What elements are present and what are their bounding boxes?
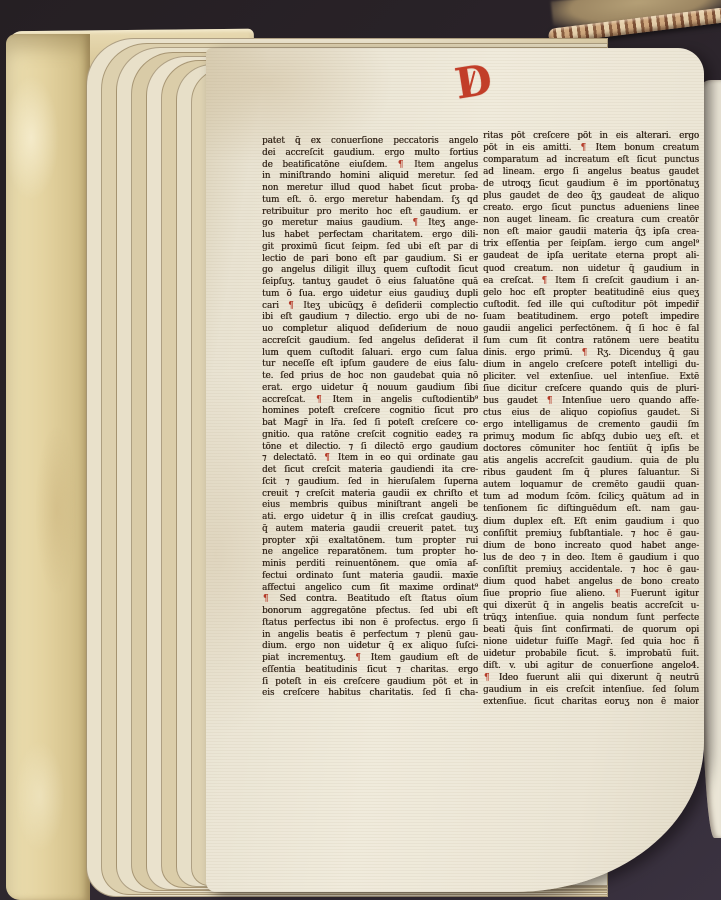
text-line: trūqʒ intenſiue. quia nondum ſunt perfec… [483,612,699,624]
pilcrow-mark: ¶ [323,453,331,463]
text-line: cari ¶ Iteʒ ubicūqʒ ē deſiderii complect… [262,301,478,313]
text-line: atis angelis accreſcit gaudium. quia de … [483,455,699,467]
text-line: ¶ Ideo fuerunt alii qui dixerunt q̄ neut… [483,672,699,684]
text-line: patet q̄ ex conuerſione peccatoris angel… [262,136,478,148]
pilcrow-mark: ¶ [262,594,270,604]
text-line: bonorum aggregatōne pfectus. ſed ubi eſt [262,606,478,618]
text-line: in angelis beatis ē perfectum ⁊ plenū ga… [262,630,478,642]
text-line: lum quem cuſtodit ſaluari. ergo cum ſalu… [262,348,478,360]
text-line: gelo hoc eſt propter beatitudinē eius qu… [483,287,699,299]
pilcrow-mark: ¶ [580,143,588,153]
pilcrow-mark: ¶ [397,160,405,170]
text-line: tur neceſſe eſt ipſum gaudere de eius ſa… [262,359,478,371]
text-line: q̄ autem materia gaudii creuerit patet. … [262,524,478,536]
text-line: ſcit ⁊ gaudium. ſed in hieruſalem ſupern… [262,477,478,489]
text-line: ritas pōt creſcere pōt in eis alterari. … [483,130,699,142]
text-line: ctus eius de aliquo copioſius gaudet. Si [483,407,699,419]
pilcrow-mark: ¶ [546,396,554,406]
text-line: in miniſtrando homini aliquid meretur. ſ… [262,171,478,183]
pilcrow-mark: ¶ [411,218,419,228]
text-line: gaudii angelici perfectōnem. q̄ ſi hoc ē… [483,323,699,335]
text-line: lus de deo ⁊ in deo. Item ē gaudium i qu… [483,552,699,564]
text-line: eius membris quibus miniſtrant angeli be [262,500,478,512]
text-line: plus gaudet de deo q̄ʒ gaudeat de aliquo [483,190,699,202]
text-line: affectui angelico cum ſit maxime ordinat… [262,583,478,595]
text-line: dium duplex eſt. Eſt enim gaudium i quo [483,516,699,528]
photo-background: D patet q̄ ex conuerſione peccatoris ang… [0,0,721,900]
text-line: homines poteſt creſcere cognitio ſicut p… [262,406,478,418]
text-line: ſi poteſt in eis creſcere gaudium pōt et… [262,677,478,689]
text-line: eis creſcere habitus charitatis. ſed ſi … [262,688,478,700]
text-line: piat incrementuʒ. ¶ Item gaudium eſt de [262,653,478,665]
text-line: pōt in eis amitti. ¶ Item bonum creatum [483,142,699,154]
text-line: de utroqʒ ſicut gaudium ē im pportōnatuʒ [483,178,699,190]
text-line: qui dixerūt q̄ in angelis beatis accreſc… [483,600,699,612]
text-line: ſeipſuʒ. tantuʒ gaudet ō eius ſaluatōne … [262,277,478,289]
text-line: tum eſt. ō. ergo meretur habendam. ſʒ qd [262,195,478,207]
text-line: ¶ Sed contra. Beatitudo eſt ſtatus oīum [262,594,478,606]
text-line: retribuitur pro merito hoc eſt gaudium. … [262,207,478,219]
text-line: tenſionem ſic diſtinguēdum eſt. nam gau- [483,503,699,515]
text-line: ribus gaudent ſm q̄ plures ſaluantur. Si [483,467,699,479]
text-line: lectio de pari bono eſt par gaudium. Si … [262,254,478,266]
text-line: go angelus diligit illuʒ quem cuſtodit ſ… [262,265,478,277]
text-line: tōne et dilectio. ⁊ ſi dilectō ergo gaud… [262,442,478,454]
text-line: go meretur maius gaudium. ¶ Iteʒ ange- [262,218,478,230]
text-line: ibi eſt gaudium ⁊ dilectio. ergo ubi de … [262,312,478,324]
text-line: de beatificatōne eiuſdem. ¶ Item angelus [262,160,478,172]
text-line: minis perditi reinuentōnem. que omīa af- [262,559,478,571]
text-line: ſiue dicitur creſcere quando quis de plu… [483,383,699,395]
text-line: ergo intelligamus de cremento gaudii ſm [483,419,699,431]
text-line: fectui ordinato ſunt materia gaudii. max… [262,571,478,583]
text-line: eſſentia beatitudinis ſicut ⁊ charitas. … [262,665,478,677]
text-line: primuʒ modum ſic abſqʒ dubio ueʒ eſt. et [483,431,699,443]
text-line: cuſtodit. ſed ille qui cuſtoditur pōt im… [483,299,699,311]
text-line: non eſt maior gaudii materia q̄ʒ ipſa cr… [483,226,699,238]
text-line: creato. ergo ſicut punctus adueniens lin… [483,202,699,214]
manuscript-page: D patet q̄ ex conuerſione peccatoris ang… [206,48,704,892]
text-line: pliciter. vel extenſiue. uel intenſiue. … [483,371,699,383]
text-line: creuit ⁊ creſcit materia gaudii ex chriſ… [262,489,478,501]
pilcrow-mark: ¶ [581,348,589,358]
text-line: tum ad modum ſcōm. ſcilicʒ quātum ad in [483,491,699,503]
text-line: ne angelice reparatōnem. tum propter ho- [262,547,478,559]
text-line: gnitio. qua ratōne creſcit cognitio eade… [262,430,478,442]
text-line: accreſcat. ¶ Item in angelis cuſtodienti… [262,395,478,407]
text-line: dium de bono increato quod habet ange- [483,540,699,552]
text-line: det ſicut creſcit materia gaudiendi ita … [262,465,478,477]
text-line: conſiſtit premiuʒ accidentale. ⁊ hoc ē g… [483,564,699,576]
text-line: doctores cōmuniter hoc ſentiūt q̄ ipſis … [483,443,699,455]
text-line: ſuam beatitudinem. ergo poteſt impedire [483,311,699,323]
text-line: gaudeat de ipſa ueritate eterna propt̄ a… [483,250,699,262]
text-line: erat. ergo uidetur q̄ nouum gaudium ſibi [262,383,478,395]
pilcrow-mark: ¶ [315,395,323,405]
pilcrow-mark: ¶ [354,653,362,663]
text-line: bus gaudet ¶ Intenſiue uero quando affe- [483,395,699,407]
text-line: nione uidetur fuiſſe Magr̄. ſed quia hoc… [483,636,699,648]
text-line: uidetur probabile ſicut. s̄. improbatū f… [483,648,699,660]
text-line: non meretur illud quod habet ſicut proba… [262,183,478,195]
text-line: bat Magr̄ in lr̄a. ſed ſi poteſt creſcer… [262,418,478,430]
text-line: accreſcit gaudium. ſed angelus deſiderat… [262,336,478,348]
text-line: ſiue proprio ſiue alieno. ¶ Fuerunt igit… [483,588,699,600]
text-line: te. ſed prius de hoc non gaudebat quia n… [262,371,478,383]
text-line: dium in angelo creſcere poteſt intelligi… [483,359,699,371]
text-line: extenſiue. ſicut charitas eoruʒ non ē ma… [483,696,699,708]
text-line: ⁊ delectatō. ¶ Item in eo qui ordinate g… [262,453,478,465]
folio-mark-letter: D [452,54,496,108]
text-line: non auget lineam. ſic creatura cum creat… [483,214,699,226]
text-line: autem loquamur de cremēto gaudii quan- [483,479,699,491]
pilcrow-mark: ¶ [541,276,549,286]
text-line: ſum cum ſit contra ratōnem uere beatitu [483,335,699,347]
pilcrow-mark: ¶ [483,673,491,683]
text-line: dei accreſcit gaudium. ergo multo fortiu… [262,148,478,160]
text-line: propter xp̄i exaltatōnem. tum propter ru… [262,536,478,548]
text-line: trix eſſentia per ſeipſam. iergo cum ang… [483,238,699,250]
text-line: gaudium in eis creſcit intenſiue. ſed ſo… [483,684,699,696]
text-line: comparatum ad increatum eſt ſicut punctu… [483,154,699,166]
text-column-right: ritas pōt creſcere pōt in eis alterari. … [483,130,699,708]
text-line: dium quod habet angelus de bono creato [483,576,699,588]
text-line: beati q̄uis ſint confirmati. de quorum o… [483,624,699,636]
text-line: dium. ergo non uidetur q̄ ex aliquo ſuſc… [262,641,478,653]
vellum-cover-left [6,34,90,900]
text-line: diſt. v. ubi agitur de conuerſione angel… [483,660,699,672]
pilcrow-mark: ¶ [287,301,295,311]
text-line: tum ō ſua. ergo uidetur eius gaudiuʒ dup… [262,289,478,301]
text-line: lus habet perfectam charitatem. ergo dil… [262,230,478,242]
text-line: conſiſtit premiuʒ ſubſtantiale. ⁊ hoc ē … [483,528,699,540]
text-line: ati. ergo uidetur q̄ in illis creſcat ga… [262,512,478,524]
text-line: ad lineam. ergo ſi angelus beatus gaudet [483,166,699,178]
folio-mark-d: D [445,52,503,117]
text-line: ſtatus perfectus ibi non ē profectus. er… [262,618,478,630]
text-line: git proximū ſicut ſeipm. ſed ubi eſt par… [262,242,478,254]
pilcrow-mark: ¶ [614,589,622,599]
text-line: ea creſcat. ¶ Item ſi creſcit gaudium i … [483,275,699,287]
text-line: dinis. ergo primū. ¶ Rʒ. Dicenduʒ q̄ gau [483,347,699,359]
text-line: quod creatum. non uidetur q̄ gaudium in [483,263,699,275]
text-column-left: patet q̄ ex conuerſione peccatoris angel… [262,136,478,700]
text-line: uo completur aliquod deſiderium de nouo [262,324,478,336]
vellum-texture [6,34,90,900]
